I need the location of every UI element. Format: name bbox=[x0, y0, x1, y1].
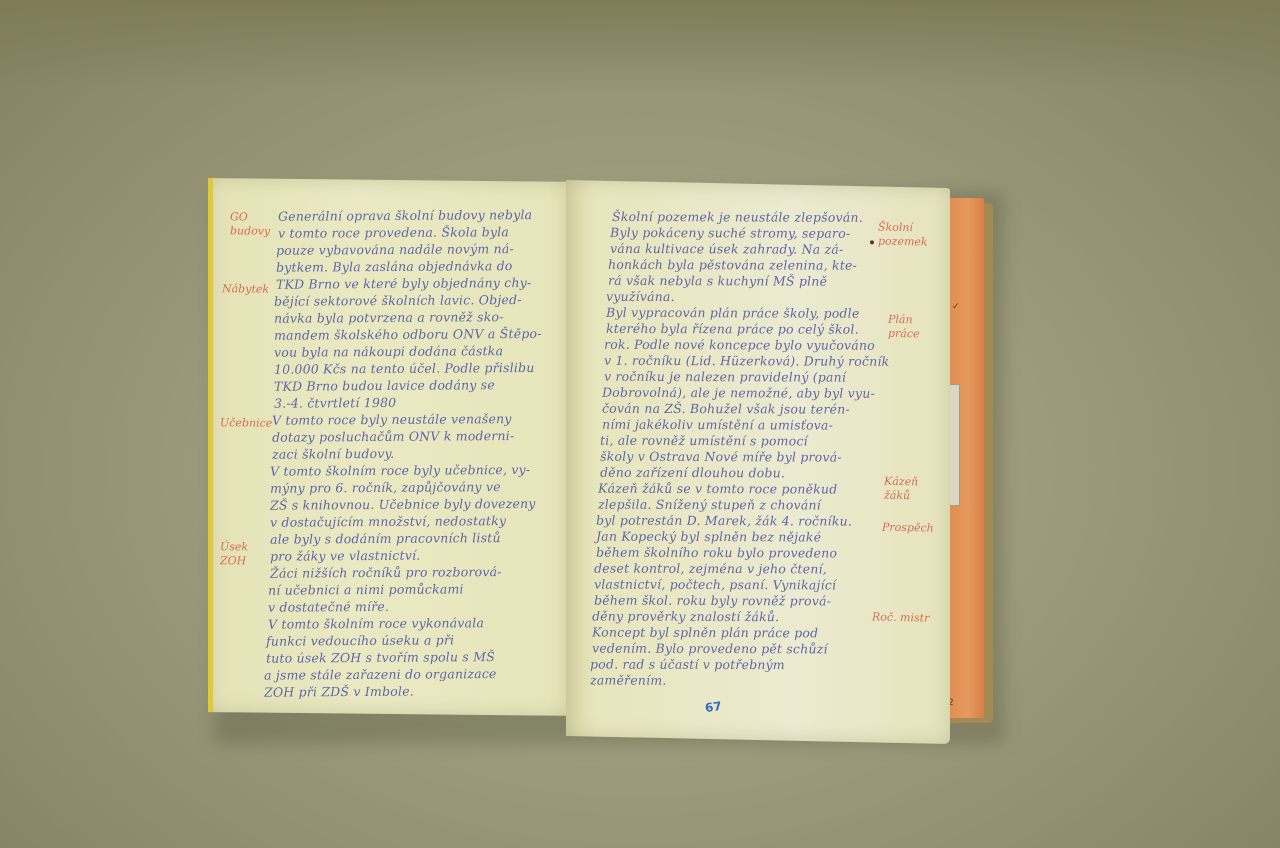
margin-note-plan-prace: Plán práce bbox=[888, 313, 920, 342]
left-page: GO budovy Nábytek Učebnice Úsek ZOH Gene… bbox=[208, 178, 578, 716]
text-line: Jan Kopecký byl splněn bez nějaké bbox=[596, 529, 821, 545]
text-line: Generální oprava školní budovy nebyla bbox=[278, 207, 533, 224]
right-page: Školní pozemek Plán práce Kázeň žáků Pro… bbox=[566, 180, 950, 744]
text-line: Byly pokáceny suché stromy, separo- bbox=[610, 225, 851, 241]
margin-note-line: Prospěch bbox=[882, 521, 934, 536]
text-line: tuto úsek ZOH s tvořím spolu s MŠ bbox=[266, 649, 495, 666]
text-line: bějící sektorové školních lavic. Objed- bbox=[274, 292, 522, 309]
text-line: Byl vypracován plán práce školy, podle bbox=[606, 305, 860, 321]
text-line: vlastnictví, počtech, psaní. Vynikající bbox=[594, 577, 836, 593]
margin-note-go-budovy: GO budovy bbox=[230, 210, 270, 238]
text-line: návka byla potvrzena a rovněž sko- bbox=[274, 309, 504, 326]
text-line: pro žáky ve vlastnictví. bbox=[270, 548, 421, 564]
page-edge-yellow bbox=[208, 178, 213, 712]
margin-note-prospech: Prospěch bbox=[882, 521, 934, 536]
text-line: ZŠ s knihovnou. Učebnice byly dovezeny bbox=[270, 496, 536, 513]
text-line: mýny pro 6. ročník, zapůjčovány ve bbox=[270, 479, 501, 496]
text-line: děny prověrky znalostí žáků. bbox=[592, 609, 780, 625]
text-line: využívána. bbox=[606, 289, 675, 304]
page-number: 67 bbox=[704, 699, 722, 715]
text-line: byl potrestán D. Marek, žák 4. ročníku. bbox=[596, 513, 852, 529]
text-line: zlepšila. Snížený stupeň z chování bbox=[598, 497, 821, 513]
text-line: ními jakékoliv umístění a umisťova- bbox=[602, 417, 833, 433]
text-line: zaci školní budovy. bbox=[272, 446, 395, 462]
margin-note-kazen-zaku: Kázeň žáků bbox=[884, 475, 918, 504]
text-line: během škol. roku byly rovněž prová- bbox=[594, 593, 831, 609]
text-line: čován na ZŠ. Bohužel však jsou terén- bbox=[602, 401, 850, 417]
text-line: ale byly s dodáním pracovních listů bbox=[270, 530, 501, 547]
margin-note-ucebnice: Učebnice bbox=[220, 416, 272, 431]
margin-note-line: Kázeň bbox=[884, 475, 918, 490]
margin-note-line: Plán bbox=[888, 313, 920, 328]
text-line: TKD Brno budou lavice dodány se bbox=[274, 377, 495, 394]
margin-note-line: GO bbox=[230, 210, 270, 224]
text-line: TKD Brno ve které byly objednány chy- bbox=[276, 275, 532, 292]
text-line: ti, ale rovněž umístění s pomocí bbox=[600, 433, 808, 449]
cover-mark-top: ✓ bbox=[952, 302, 960, 312]
text-line: funkci vedoucího úseku a při bbox=[266, 632, 455, 648]
text-line: honkách byla pěstována zelenina, kte- bbox=[608, 257, 857, 273]
text-line: během školního roku bylo provedeno bbox=[596, 545, 837, 561]
text-line: V tomto roce byly neustále venašeny bbox=[272, 411, 512, 428]
text-line: V tomto školním roce byly učebnice, vy- bbox=[270, 462, 531, 479]
text-line: školy v Ostrava Nové míře byl prová- bbox=[600, 449, 842, 465]
text-line: ní učebnici a nimi pomůckami bbox=[268, 581, 464, 597]
margin-note-line: žáků bbox=[884, 489, 918, 504]
text-line: ZOH při ZDŠ v Imbole. bbox=[264, 684, 414, 700]
bullet-dot bbox=[870, 240, 874, 244]
text-line: a jsme stále zařazeni do organizace bbox=[264, 666, 497, 683]
text-line: v ročníku je nalezen pravidelný (paní bbox=[604, 369, 846, 385]
margin-note-roc-mistr: Roč. mistr bbox=[872, 610, 929, 625]
text-line: vedením. Bylo provedeno pět schůzí bbox=[592, 641, 828, 657]
margin-note-line: ZOH bbox=[220, 554, 248, 568]
margin-note-skolni-pozemek: Školní pozemek bbox=[878, 221, 928, 250]
text-line: v 1. ročníku (Lid. Hüzerková). Druhý roč… bbox=[604, 353, 890, 369]
text-line: Kázeň žáků se v tomto roce poněkud bbox=[598, 481, 838, 497]
text-line: děno zařízení dlouhou dobu. bbox=[600, 465, 785, 481]
margin-note-nabytek: Nábytek bbox=[222, 282, 269, 296]
text-line: 3.-4. čtvrtletí 1980 bbox=[274, 395, 397, 411]
margin-note-line: Nábytek bbox=[222, 282, 269, 296]
margin-note-line: Školní bbox=[878, 221, 928, 236]
margin-note-line: budovy bbox=[230, 224, 270, 238]
text-line: Žáci nižších ročníků pro rozborová- bbox=[270, 564, 502, 581]
text-line: rok. Podle nové koncepce bylo vyučováno bbox=[604, 337, 875, 353]
text-line: zaměřením. bbox=[590, 672, 667, 687]
background-wall-shadow bbox=[0, 0, 1280, 90]
margin-note-line: Úsek bbox=[220, 540, 248, 554]
text-line: rá však nebyla s kuchyní MŠ plně bbox=[608, 273, 827, 289]
text-line: 10.000 Kčs na tento účel. Podle přislibu bbox=[274, 360, 535, 377]
text-line: mandem školského odboru ONV a Štěpo- bbox=[274, 326, 542, 343]
text-line: vou byla na nákoupi dodána částka bbox=[274, 343, 503, 360]
text-line: V tomto školním roce vykonávala bbox=[268, 615, 484, 632]
text-line: pod. rad s účastí v potřebným bbox=[590, 656, 785, 672]
text-line: Dobrovolná), ale je nemožné, aby byl vyu… bbox=[602, 385, 875, 401]
margin-note-line: Učebnice bbox=[220, 416, 272, 431]
text-line: Koncept byl splněn plán práce pod bbox=[592, 625, 819, 641]
margin-note-line: pozemek bbox=[878, 235, 928, 250]
margin-note-line: práce bbox=[888, 327, 920, 342]
margin-note-usek-zoh: Úsek ZOH bbox=[220, 540, 248, 568]
text-line: vána kultivace úsek zahrady. Na zá- bbox=[610, 241, 844, 257]
text-line: pouze vybavována nadále novým ná- bbox=[276, 241, 514, 258]
text-line: deset kontrol, zejména v jeho čtení, bbox=[594, 561, 827, 577]
text-line: kterého byla řízena práce po celý škol. bbox=[606, 321, 859, 337]
text-line: bytkem. Byla zaslána objednávka do bbox=[276, 258, 513, 275]
margin-note-line: Roč. mistr bbox=[872, 610, 929, 625]
text-line: v dostatečné míře. bbox=[268, 599, 389, 615]
text-line: v dostačujícím množství, nedostatky bbox=[270, 513, 506, 530]
text-line: Školní pozemek je neustále zlepšován. bbox=[612, 209, 863, 225]
text-line: v tomto roce provedena. Škola byla bbox=[278, 224, 509, 241]
text-line: dotazy posluchačům ONV k moderni- bbox=[272, 428, 515, 445]
